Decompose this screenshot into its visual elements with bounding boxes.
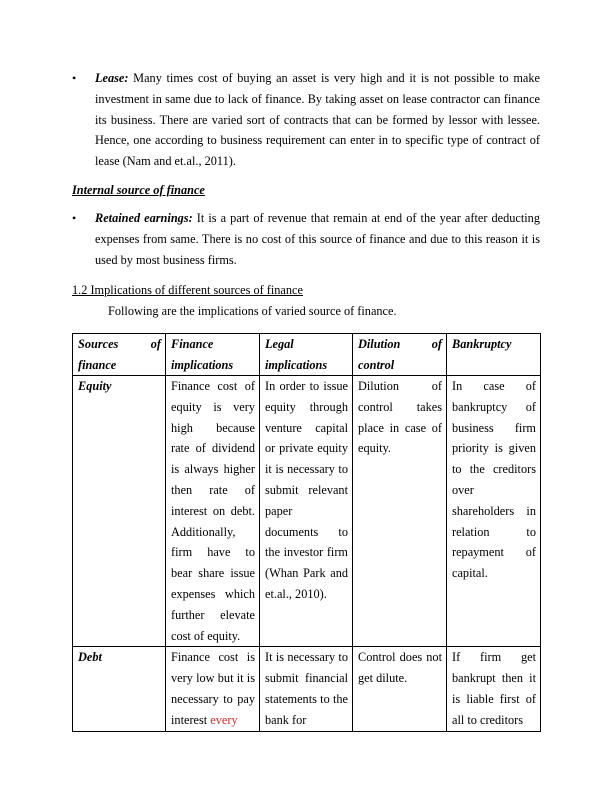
header-finance: Finance implications: [166, 334, 260, 376]
highlighted-word: every: [210, 713, 237, 727]
bullet-term: Lease:: [95, 71, 128, 85]
implications-table: Sources of finance Finance implications …: [72, 333, 541, 732]
bullet-lease: • Lease: Many times cost of buying an as…: [72, 68, 540, 172]
bullet-icon: •: [72, 208, 86, 229]
cell-finance: Finance cost of equity is very high beca…: [166, 376, 260, 647]
cell-bankruptcy: If firm get bankrupt then it is liable f…: [447, 647, 541, 731]
cell-source: Equity: [73, 376, 166, 647]
table-row: Debt Finance cost is very low but it is …: [73, 647, 541, 731]
bullet-term: Retained earnings:: [95, 211, 193, 225]
cell-dilution: Dilution of control takes place in case …: [353, 376, 447, 647]
cell-legal: In order to issue equity through venture…: [260, 376, 353, 647]
cell-dilution: Control does not get dilute.: [353, 647, 447, 731]
heading-implications: 1.2 Implications of different sources of…: [72, 280, 303, 300]
cell-source: Debt: [73, 647, 166, 731]
document-page: • Lease: Many times cost of buying an as…: [0, 0, 612, 792]
intro-paragraph: Following are the implications of varied…: [108, 301, 397, 321]
bullet-icon: •: [72, 68, 86, 89]
header-legal: Legal implications: [260, 334, 353, 376]
bullet-retained-text: Retained earnings: It is a part of reven…: [95, 208, 540, 270]
bullet-lease-text: Lease: Many times cost of buying an asse…: [95, 68, 540, 172]
heading-internal-source: Internal source of finance: [72, 180, 205, 200]
cell-finance: Finance cost is very low but it is neces…: [166, 647, 260, 731]
table-header-row: Sources of finance Finance implications …: [73, 334, 541, 376]
header-sources: Sources of finance: [73, 334, 166, 376]
cell-bankruptcy: In case of bankruptcy of business firm p…: [447, 376, 541, 647]
cell-legal: It is necessary to submit financial stat…: [260, 647, 353, 731]
header-dilution: Dilution of control: [353, 334, 447, 376]
header-bankruptcy: Bankruptcy: [447, 334, 541, 376]
table-row: Equity Finance cost of equity is very hi…: [73, 376, 541, 647]
bullet-retained-earnings: • Retained earnings: It is a part of rev…: [72, 208, 540, 270]
